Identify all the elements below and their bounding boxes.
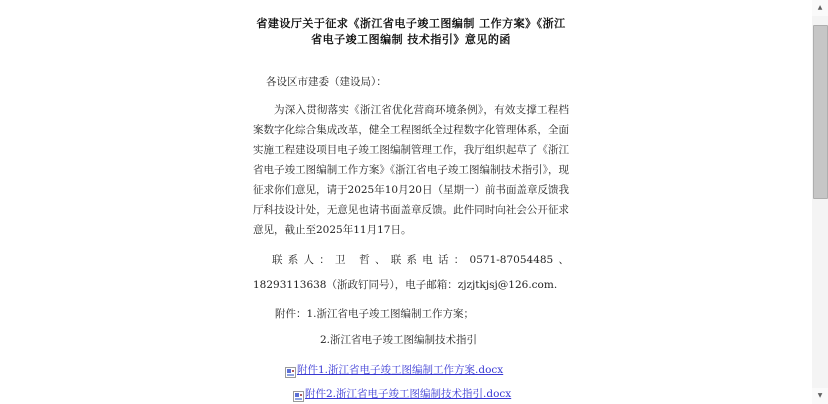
- attachment-link-row-2: 附件2.浙江省电子竣工图编制技术指引.docx: [253, 384, 569, 404]
- attachments-list-line-2: 2.浙江省电子竣工图编制技术指引: [253, 330, 569, 350]
- attachments-list-line-1: 附件：1.浙江省电子竣工图编制工作方案；: [253, 304, 569, 324]
- body-paragraph: 为深入贯彻落实《浙江省优化营商环境条例》，有效支撑工程档案数字化综合集成改革，健…: [253, 100, 569, 240]
- scrollbar-down-button[interactable]: ▼: [812, 388, 828, 404]
- document-title: 省建设厅关于征求《浙江省电子竣工图编制 工作方案》《浙江省电子竣工图编制 技术指…: [253, 16, 569, 48]
- attachment-1-link[interactable]: 附件1.浙江省电子竣工图编制工作方案.docx: [297, 360, 503, 380]
- scroll-down-icon: ▼: [818, 392, 823, 399]
- doc-file-icon: [285, 365, 296, 376]
- salutation: 各设区市建委（建设局）：: [253, 72, 569, 92]
- contact-paragraph: 联系人：卫 哲、联系电话：0571-87054485、18293113638（浙…: [253, 248, 569, 298]
- document-page: 省建设厅关于征求《浙江省电子竣工图编制 工作方案》《浙江省电子竣工图编制 技术指…: [253, 0, 569, 404]
- scrollbar-up-button[interactable]: ▲: [812, 0, 828, 16]
- scrollbar-thumb[interactable]: [813, 25, 828, 199]
- attachment-link-row-1: 附件1.浙江省电子竣工图编制工作方案.docx: [253, 360, 569, 380]
- attachment-2-link[interactable]: 附件2.浙江省电子竣工图编制技术指引.docx: [305, 384, 511, 404]
- vertical-scrollbar[interactable]: ▲ ▼: [812, 0, 828, 404]
- doc-file-icon: [293, 389, 304, 400]
- scroll-up-icon: ▲: [818, 4, 823, 11]
